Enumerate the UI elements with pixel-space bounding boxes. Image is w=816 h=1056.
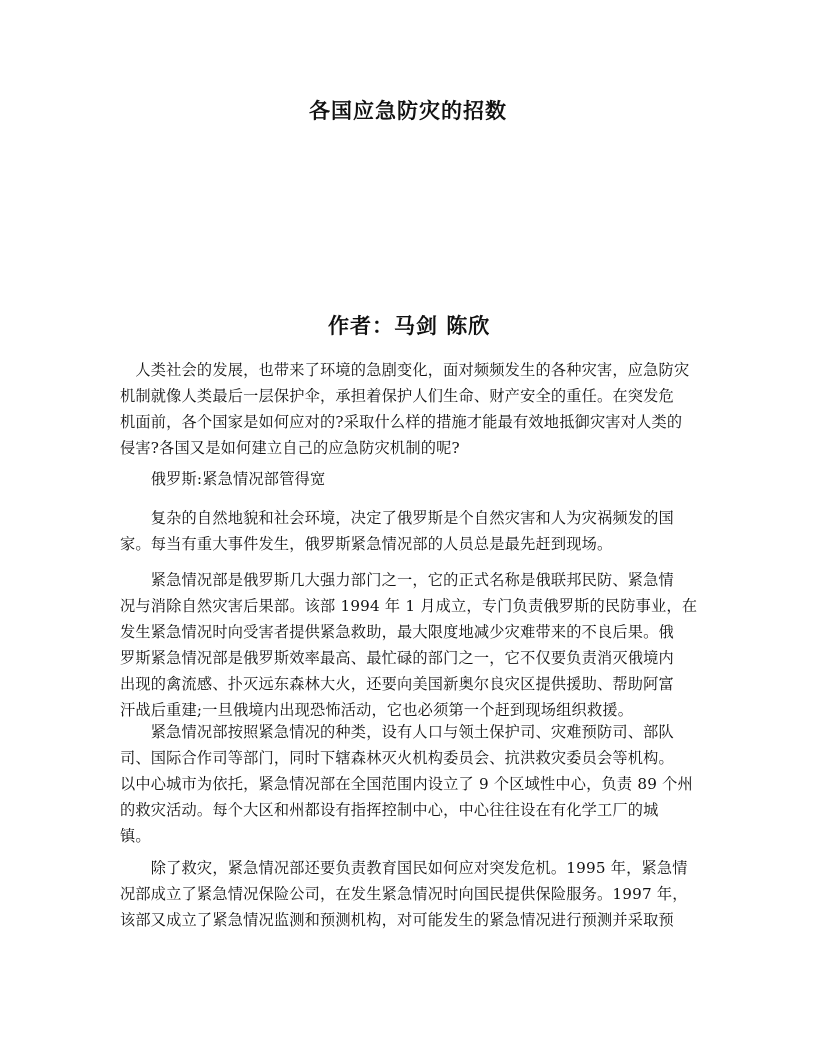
text-line: 镇。 bbox=[120, 823, 700, 849]
document-page: 各国应急防灾的招数 作者：马剑 陈欣 人类社会的发展，也带来了环境的急剧变化，面… bbox=[0, 0, 816, 1056]
paragraph-public-education: 除了救灾，紧急情况部还要负责教育国民如何应对突发危机。1995 年，紧急情 况部… bbox=[120, 855, 700, 933]
text-line: 俄罗斯:紧急情况部管得宽 bbox=[120, 466, 700, 492]
text-line: 人类社会的发展，也带来了环境的急剧变化，面对频频发生的各种灾害，应急防灾 bbox=[120, 357, 700, 383]
text-line: 的救灾活动。每个大区和州都设有指挥控制中心，中心往往设在有化学工厂的城 bbox=[120, 797, 700, 823]
text-line: 该部又成立了紧急情况监测和预测机构，对可能发生的紧急情况进行预测并采取预 bbox=[120, 907, 700, 933]
text-line: 以中心城市为依托，紧急情况部在全国范围内设立了 9 个区域性中心，负责 89 个… bbox=[120, 771, 700, 797]
text-line: 出现的禽流感、扑灭远东森林大火，还要向美国新奥尔良灾区提供援助、帮助阿富 bbox=[120, 671, 700, 697]
text-line: 况与消除自然灾害后果部。该部 1994 年 1 月成立，专门负责俄罗斯的民防事业… bbox=[120, 593, 700, 619]
paragraph-russia-overview: 复杂的自然地貌和社会环境，决定了俄罗斯是个自然灾害和人为灾祸频发的国 家。每当有… bbox=[120, 505, 700, 557]
text-line: 复杂的自然地貌和社会环境，决定了俄罗斯是个自然灾害和人为灾祸频发的国 bbox=[120, 505, 700, 531]
text-line: 紧急情况部是俄罗斯几大强力部门之一，它的正式名称是俄联邦民防、紧急情 bbox=[120, 567, 700, 593]
author-line: 作者：马剑 陈欣 bbox=[328, 311, 628, 341]
paragraph-ministry-structure: 紧急情况部按照紧急情况的种类，设有人口与领土保护司、灾难预防司、部队 司、国际合… bbox=[120, 719, 700, 849]
text-line: 况部成立了紧急情况保险公司，在发生紧急情况时向国民提供保险服务。1997 年， bbox=[120, 881, 700, 907]
paragraph-emergency-ministry: 紧急情况部是俄罗斯几大强力部门之一，它的正式名称是俄联邦民防、紧急情 况与消除自… bbox=[120, 567, 700, 723]
paragraph-intro: 人类社会的发展，也带来了环境的急剧变化，面对频频发生的各种灾害，应急防灾 机制就… bbox=[120, 357, 700, 461]
text-line: 机面前，各个国家是如何应对的?采取什么样的措施才能最有效地抵御灾害对人类的 bbox=[120, 409, 700, 435]
section-heading-russia: 俄罗斯:紧急情况部管得宽 bbox=[120, 466, 700, 492]
text-line: 司、国际合作司等部门，同时下辖森林灭火机构委员会、抗洪救灾委员会等机构。 bbox=[120, 745, 700, 771]
document-title: 各国应急防灾的招数 bbox=[0, 96, 816, 126]
text-line: 罗斯紧急情况部是俄罗斯效率最高、最忙碌的部门之一，它不仅要负责消灭俄境内 bbox=[120, 645, 700, 671]
text-line: 发生紧急情况时向受害者提供紧急救助，最大限度地减少灾难带来的不良后果。俄 bbox=[120, 619, 700, 645]
text-line: 侵害?各国又是如何建立自己的应急防灾机制的呢? bbox=[120, 435, 700, 461]
text-line: 除了救灾，紧急情况部还要负责教育国民如何应对突发危机。1995 年，紧急情 bbox=[120, 855, 700, 881]
text-line: 家。每当有重大事件发生，俄罗斯紧急情况部的人员总是最先赶到现场。 bbox=[120, 531, 700, 557]
text-line: 紧急情况部按照紧急情况的种类，设有人口与领土保护司、灾难预防司、部队 bbox=[120, 719, 700, 745]
text-line: 机制就像人类最后一层保护伞，承担着保护人们生命、财产安全的重任。在突发危 bbox=[120, 383, 700, 409]
